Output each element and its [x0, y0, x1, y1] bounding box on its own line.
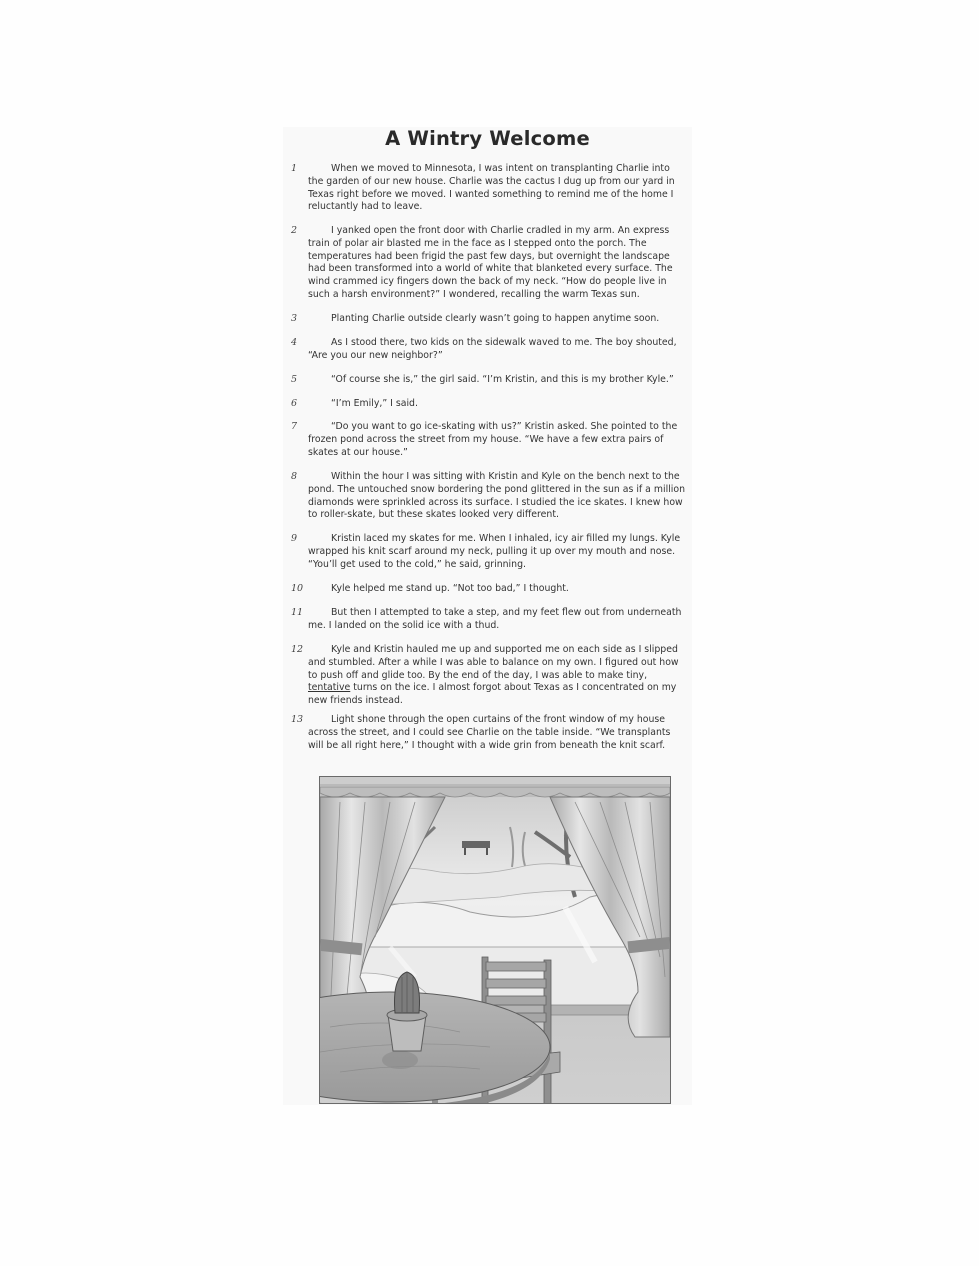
paragraph-6: 6 “I’m Emily,” I said. — [308, 398, 692, 411]
paragraph-5: 5 “Of course she is,” the girl said. “I’… — [308, 374, 692, 387]
paragraph-number: 7 — [291, 421, 305, 434]
paragraph-number: 3 — [291, 313, 305, 326]
paragraph-number: 6 — [291, 398, 305, 411]
paragraph-11: 11 But then I attempted to take a step, … — [308, 607, 692, 633]
paragraph-number: 5 — [291, 374, 305, 387]
paragraph-number: 10 — [291, 583, 305, 596]
paragraph-number: 8 — [291, 471, 305, 484]
paragraph-3: 3 Planting Charlie outside clearly wasn’… — [308, 313, 692, 326]
paragraph-number: 12 — [291, 644, 305, 657]
paragraph-2: 2 I yanked open the front door with Char… — [308, 225, 692, 302]
paragraph-12: 12 Kyle and Kristin hauled me up and sup… — [308, 644, 692, 708]
paragraph-number: 2 — [291, 225, 305, 238]
vocabulary-word: tentative — [308, 682, 350, 693]
pot-shadow — [382, 1051, 418, 1069]
paragraph-4: 4 As I stood there, two kids on the side… — [308, 337, 692, 363]
curtain-valance — [320, 777, 670, 797]
paragraph-number: 13 — [291, 714, 305, 727]
paragraph-13: 13 Light shone through the open curtains… — [308, 714, 692, 752]
paragraph-10: 10 Kyle helped me stand up. “Not too bad… — [308, 583, 692, 596]
paragraph-1: 1 When we moved to Minnesota, I was inte… — [308, 163, 692, 214]
paragraph-number: 1 — [291, 163, 305, 176]
paragraph-number: 4 — [291, 337, 305, 350]
paragraph-8: 8 Within the hour I was sitting with Kri… — [308, 471, 692, 522]
paragraph-9: 9 Kristin laced my skates for me. When I… — [308, 533, 692, 571]
paragraph-number: 11 — [291, 607, 305, 620]
page-title: A Wintry Welcome — [283, 127, 692, 150]
story-illustration — [319, 776, 671, 1104]
paragraph-7: 7 “Do you want to go ice-skating with us… — [308, 421, 692, 459]
paragraph-number: 9 — [291, 533, 305, 546]
